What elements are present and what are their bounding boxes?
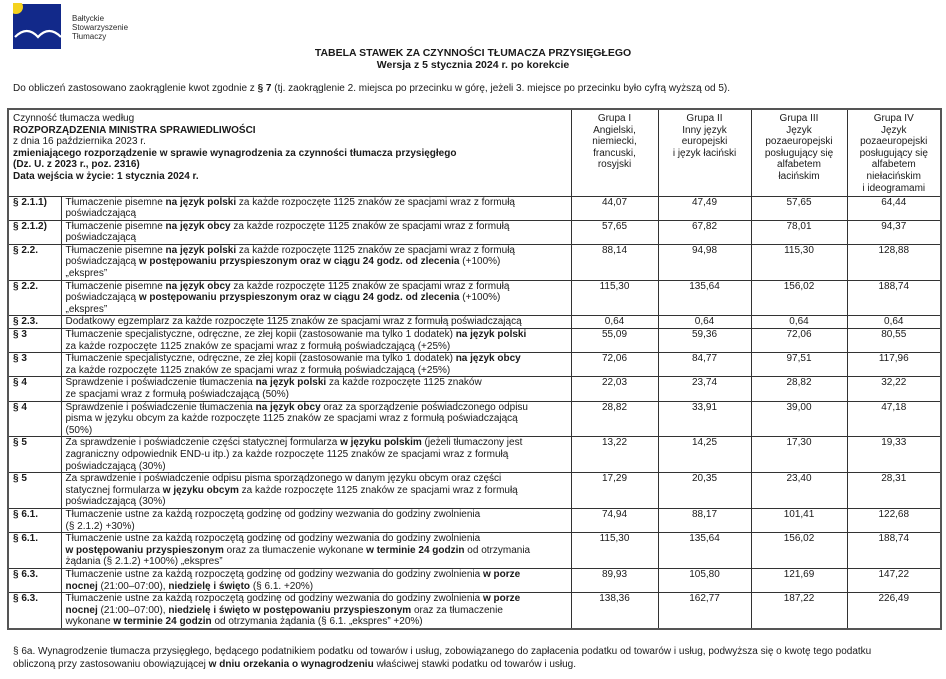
text: poświadczającą xyxy=(66,256,139,267)
rate-cell-group-2: 59,36 xyxy=(658,329,751,353)
group-line: pozaeuropejski xyxy=(850,136,939,148)
rounding-note: Do obliczeń zastosowano zaokrąglenie kwo… xyxy=(13,83,730,94)
text: za każde rozpoczęte 1125 znaków ze spacj… xyxy=(66,341,451,352)
rate-cell-group-4: 47,18 xyxy=(847,401,941,437)
rate-cell-group-2: 105,80 xyxy=(658,568,751,592)
text: ze spacjami wraz z formułą poświadczając… xyxy=(66,389,289,400)
section-cell: § 4 xyxy=(8,377,61,401)
table-row: § 2.3.Dodatkowy egzemplarz za każde rozp… xyxy=(8,316,941,329)
description-cell: Tłumaczenie ustne za każdą rozpoczętą go… xyxy=(61,508,571,532)
group-line: posługujący się xyxy=(850,148,939,160)
group-line: Grupa II xyxy=(661,113,749,125)
description-cell: Sprawdzenie i poświadczenie tłumaczenia … xyxy=(61,377,571,401)
text: poświadczającą (30%) xyxy=(66,496,166,507)
header-group-2: Grupa IIInny językeuropejskii język łaci… xyxy=(658,109,751,196)
rate-cell-group-4: 122,68 xyxy=(847,508,941,532)
rate-cell-group-3: 115,30 xyxy=(751,244,847,280)
rate-cell-group-1: 115,30 xyxy=(571,280,658,316)
text: Tłumaczenie pisemne xyxy=(66,197,166,208)
rate-cell-group-4: 80,55 xyxy=(847,329,941,353)
rate-cell-group-2: 88,17 xyxy=(658,508,751,532)
rate-cell-group-4: 28,31 xyxy=(847,473,941,509)
group-line: rosyjski xyxy=(574,159,656,171)
bold-text: niedzielę i święto w postępowaniu przysp… xyxy=(168,605,411,616)
group-line: niełacińskim xyxy=(850,171,939,183)
rate-cell-group-1: 22,03 xyxy=(571,377,658,401)
rate-cell-group-3: 17,30 xyxy=(751,437,847,473)
group-line: łacińskim xyxy=(754,171,845,183)
text: § 6a. Wynagrodzenie tłumacza przysięgłeg… xyxy=(13,646,871,657)
table-header-row: Czynność tłumacza wedługROZPORZĄDZENIA M… xyxy=(8,109,941,196)
group-line: alfabetem xyxy=(754,159,845,171)
rate-cell-group-1: 55,09 xyxy=(571,329,658,353)
rate-cell-group-2: 33,91 xyxy=(658,401,751,437)
table-row: § 4Sprawdzenie i poświadczenie tłumaczen… xyxy=(8,377,941,401)
rate-cell-group-4: 188,74 xyxy=(847,280,941,316)
text: za każde rozpoczęte 1125 znaków ze spacj… xyxy=(236,197,515,208)
rate-cell-group-1: 17,29 xyxy=(571,473,658,509)
rate-cell-group-3: 72,06 xyxy=(751,329,847,353)
rate-cell-group-2: 84,77 xyxy=(658,353,751,377)
text: za każde rozpoczęte 1125 znaków ze spacj… xyxy=(236,245,515,256)
logo-line: Stowarzyszenie xyxy=(72,23,128,32)
section-cell: § 6.3. xyxy=(8,568,61,592)
section-cell: § 2.3. xyxy=(8,316,61,329)
table-row: § 2.2.Tłumaczenie pisemne na język polsk… xyxy=(8,244,941,280)
text: właściwej stawki podatku od towarów i us… xyxy=(374,659,576,670)
rate-cell-group-4: 19,33 xyxy=(847,437,941,473)
title-line-2: Wersja z 5 stycznia 2024 r. po korekcie xyxy=(0,59,946,71)
rate-cell-group-1: 28,82 xyxy=(571,401,658,437)
rates-table: Czynność tłumacza wedługROZPORZĄDZENIA M… xyxy=(7,108,942,630)
text: żądania (§ 2.1.2) +100%) „ekspres” xyxy=(66,556,223,567)
table-row: § 3Tłumaczenie specjalistyczne, odręczne… xyxy=(8,353,941,377)
rate-cell-group-3: 57,65 xyxy=(751,196,847,220)
rate-cell-group-4: 117,96 xyxy=(847,353,941,377)
group-line: Grupa IV xyxy=(850,113,939,125)
bold-text: na język obcy xyxy=(456,353,521,364)
section-cell: § 5 xyxy=(8,437,61,473)
table-row: § 5Za sprawdzenie i poświadczenie odpisu… xyxy=(8,473,941,509)
text: Tłumaczenie specjalistyczne, odręczne, z… xyxy=(66,353,456,364)
description-cell: Tłumaczenie pisemne na język obcy za każ… xyxy=(61,280,571,316)
description-cell: Tłumaczenie ustne za każdą rozpoczętą go… xyxy=(61,593,571,629)
bold-text: nocnej xyxy=(66,581,98,592)
rate-cell-group-1: 115,30 xyxy=(571,533,658,569)
rate-cell-group-3: 121,69 xyxy=(751,568,847,592)
text: za każde rozpoczęte 1125 znaków ze spacj… xyxy=(231,281,510,292)
text: Tłumaczenie ustne za każdą rozpoczętą go… xyxy=(66,533,481,544)
table-row: § 6.1.Tłumaczenie ustne za każdą rozpocz… xyxy=(8,508,941,532)
header-line: zmieniającego rozporządzenie w sprawie w… xyxy=(13,148,567,160)
rate-cell-group-1: 13,22 xyxy=(571,437,658,473)
text: Tłumaczenie pisemne xyxy=(66,281,166,292)
group-line: Język xyxy=(850,125,939,137)
text: za każde rozpoczęte 1125 znaków ze spacj… xyxy=(239,485,518,496)
bold-text: na język polski xyxy=(166,245,237,256)
group-line: Grupa I xyxy=(574,113,656,125)
text: poświadczającą xyxy=(66,232,137,243)
rate-cell-group-1: 0,64 xyxy=(571,316,658,329)
group-line: i język łaciński xyxy=(661,148,749,160)
group-line: Grupa III xyxy=(754,113,845,125)
description-cell: Tłumaczenie specjalistyczne, odręczne, z… xyxy=(61,353,571,377)
bold-text: w porze xyxy=(483,593,520,604)
header-line: Czynność tłumacza według xyxy=(13,113,567,125)
bold-text: w języku polskim xyxy=(340,437,422,448)
section-cell: § 2.2. xyxy=(8,244,61,280)
table-row: § 6.3.Tłumaczenie ustne za każdą rozpocz… xyxy=(8,568,941,592)
rate-cell-group-3: 156,02 xyxy=(751,533,847,569)
text: Tłumaczenie specjalistyczne, odręczne, z… xyxy=(66,329,456,340)
text: wykonane xyxy=(66,616,114,627)
text: „ekspres” xyxy=(66,304,108,315)
bold-text: w terminie 24 godzin xyxy=(366,545,464,556)
section-cell: § 2.1.2) xyxy=(8,220,61,244)
table-row: § 5Za sprawdzenie i poświadczenie części… xyxy=(8,437,941,473)
rate-cell-group-3: 23,40 xyxy=(751,473,847,509)
rate-cell-group-1: 138,36 xyxy=(571,593,658,629)
description-cell: Za sprawdzenie i poświadczenie odpisu pi… xyxy=(61,473,571,509)
text: „ekspres” xyxy=(66,268,108,279)
table-row: § 6.1.Tłumaczenie ustne za każdą rozpocz… xyxy=(8,533,941,569)
text: poświadczającą xyxy=(66,292,139,303)
rate-cell-group-2: 0,64 xyxy=(658,316,751,329)
bold-text: w dniu orzekania o wynagrodzeniu xyxy=(209,659,374,670)
table-row: § 6.3.Tłumaczenie ustne za każdą rozpocz… xyxy=(8,593,941,629)
bold-text: w postępowaniu przyspieszonym oraz w cią… xyxy=(139,292,460,303)
bold-text: w postępowaniu przyspieszonym oraz w cią… xyxy=(139,256,460,267)
description-cell: Dodatkowy egzemplarz za każde rozpoczęte… xyxy=(61,316,571,329)
group-line: Inny język xyxy=(661,125,749,137)
section-cell: § 6.1. xyxy=(8,533,61,569)
text: (+100%) xyxy=(460,256,501,267)
description-cell: Tłumaczenie ustne za każdą rozpoczętą go… xyxy=(61,533,571,569)
text: Za sprawdzenie i poświadczenie odpisu pi… xyxy=(66,473,502,484)
title-line-1: TABELA STAWEK ZA CZYNNOŚCI TŁUMACZA PRZY… xyxy=(0,47,946,59)
description-cell: Tłumaczenie pisemne na język polski za k… xyxy=(61,196,571,220)
description-cell: Tłumaczenie pisemne na język polski za k… xyxy=(61,244,571,280)
rate-cell-group-2: 94,98 xyxy=(658,244,751,280)
rate-cell-group-3: 156,02 xyxy=(751,280,847,316)
text: zagraniczny odpowiednik END-u itp.) za k… xyxy=(66,449,509,460)
text: (§ 6.1. +20%) xyxy=(250,581,313,592)
text: Tłumaczenie ustne za każdą rozpoczętą go… xyxy=(66,569,483,580)
section-cell: § 2.1.1) xyxy=(8,196,61,220)
group-line: Angielski, xyxy=(574,125,656,137)
bold-text: nocnej xyxy=(66,605,98,616)
text: (jeżeli tłumaczony jest xyxy=(422,437,523,448)
group-line: francuski, xyxy=(574,148,656,160)
bold-text: na język obcy xyxy=(166,221,231,232)
text: pisma w języku obcym za każde rozpoczęte… xyxy=(66,413,518,424)
header-line: Data wejścia w życie: 1 stycznia 2024 r. xyxy=(13,171,567,183)
bold-text: na język polski xyxy=(456,329,527,340)
description-cell: Tłumaczenie specjalistyczne, odręczne, z… xyxy=(61,329,571,353)
text: (21:00–07:00), xyxy=(98,581,169,592)
rate-cell-group-4: 64,44 xyxy=(847,196,941,220)
text: Tłumaczenie ustne za każdą rozpoczętą go… xyxy=(66,509,481,520)
rate-cell-group-3: 0,64 xyxy=(751,316,847,329)
bold-text: na język polski xyxy=(256,377,327,388)
bold-text: w terminie 24 godzin xyxy=(113,616,211,627)
text: (§ 2.1.2) +30%) xyxy=(66,521,135,532)
header-group-1: Grupa IAngielski,niemiecki,francuski,ros… xyxy=(571,109,658,196)
rate-cell-group-2: 14,25 xyxy=(658,437,751,473)
section-cell: § 3 xyxy=(8,353,61,377)
group-line: alfabetem xyxy=(850,159,939,171)
group-line: i ideogramami xyxy=(850,183,939,195)
header-line: (Dz. U. z 2023 r., poz. 2316) xyxy=(13,159,567,171)
text: poświadczającą (30%) xyxy=(66,461,166,472)
text: za każde rozpoczęte 1125 znaków ze spacj… xyxy=(66,365,451,376)
rate-cell-group-2: 23,74 xyxy=(658,377,751,401)
rate-cell-group-3: 187,22 xyxy=(751,593,847,629)
section-cell: § 6.1. xyxy=(8,508,61,532)
text: Tłumaczenie pisemne xyxy=(66,221,166,232)
text: Tłumaczenie ustne za każdą rozpoczętą go… xyxy=(66,593,483,604)
text: Sprawdzenie i poświadczenie tłumaczenia xyxy=(66,402,256,413)
description-cell: Tłumaczenie ustne za każdą rozpoczętą go… xyxy=(61,568,571,592)
rate-cell-group-4: 94,37 xyxy=(847,220,941,244)
text: oraz za tłumaczenie wykonane xyxy=(224,545,366,556)
rate-cell-group-4: 32,22 xyxy=(847,377,941,401)
table-row: § 2.1.1)Tłumaczenie pisemne na język pol… xyxy=(8,196,941,220)
rate-cell-group-3: 39,00 xyxy=(751,401,847,437)
text: (21:00–07:00), xyxy=(98,605,169,616)
rate-cell-group-3: 78,01 xyxy=(751,220,847,244)
header-line: z dnia 16 października 2023 r. xyxy=(13,136,567,148)
header-group-3: Grupa IIIJęzykpozaeuropejskiposługujący … xyxy=(751,109,847,196)
text: Dodatkowy egzemplarz za każde rozpoczęte… xyxy=(66,316,522,327)
bold-text: na język obcy xyxy=(256,402,321,413)
group-line: posługujący się xyxy=(754,148,845,160)
rate-cell-group-1: 72,06 xyxy=(571,353,658,377)
group-line: niemiecki, xyxy=(574,136,656,148)
text: od otrzymania xyxy=(465,545,531,556)
rate-cell-group-2: 47,49 xyxy=(658,196,751,220)
section-cell: § 3 xyxy=(8,329,61,353)
description-cell: Za sprawdzenie i poświadczenie części st… xyxy=(61,437,571,473)
group-line: pozaeuropejski xyxy=(754,136,845,148)
text: poświadczającą xyxy=(66,208,137,219)
header-regulation: Czynność tłumacza wedługROZPORZĄDZENIA M… xyxy=(8,109,571,196)
rate-cell-group-2: 135,64 xyxy=(658,280,751,316)
rate-cell-group-4: 147,22 xyxy=(847,568,941,592)
text: za każde rozpoczęte 1125 znaków xyxy=(326,377,481,388)
rate-cell-group-1: 57,65 xyxy=(571,220,658,244)
note-text: (tj. zaokrąglenie 2. miejsca po przecink… xyxy=(272,83,731,94)
text: Tłumaczenie pisemne xyxy=(66,245,166,256)
rate-cell-group-4: 226,49 xyxy=(847,593,941,629)
bold-text: niedzielę i święto xyxy=(168,581,250,592)
rate-cell-group-1: 88,14 xyxy=(571,244,658,280)
rate-cell-group-2: 135,64 xyxy=(658,533,751,569)
group-line: Język xyxy=(754,125,845,137)
section-cell: § 5 xyxy=(8,473,61,509)
section-cell: § 4 xyxy=(8,401,61,437)
text: Sprawdzenie i poświadczenie tłumaczenia xyxy=(66,377,256,388)
group-line: europejski xyxy=(661,136,749,148)
logo-line: Tłumaczy xyxy=(72,32,128,41)
section-cell: § 6.3. xyxy=(8,593,61,629)
rate-cell-group-1: 89,93 xyxy=(571,568,658,592)
text: za każde rozpoczęte 1125 znaków ze spacj… xyxy=(231,221,510,232)
rate-cell-group-3: 28,82 xyxy=(751,377,847,401)
logo-line: Bałtyckie xyxy=(72,14,128,23)
text: statycznej formularza xyxy=(66,485,163,496)
note-text: Do obliczeń zastosowano zaokrąglenie kwo… xyxy=(13,83,258,94)
note-bold: § 7 xyxy=(258,83,272,94)
table-row: § 3Tłumaczenie specjalistyczne, odręczne… xyxy=(8,329,941,353)
bold-text: na język polski xyxy=(166,197,237,208)
description-cell: Sprawdzenie i poświadczenie tłumaczenia … xyxy=(61,401,571,437)
header-group-4: Grupa IVJęzykpozaeuropejskiposługujący s… xyxy=(847,109,941,196)
page-title: TABELA STAWEK ZA CZYNNOŚCI TŁUMACZA PRZY… xyxy=(0,47,946,71)
rate-cell-group-3: 97,51 xyxy=(751,353,847,377)
rate-cell-group-4: 188,74 xyxy=(847,533,941,569)
rate-cell-group-1: 44,07 xyxy=(571,196,658,220)
rate-cell-group-4: 0,64 xyxy=(847,316,941,329)
bold-text: w postępowaniu przyspieszonym xyxy=(66,545,224,556)
description-cell: Tłumaczenie pisemne na język obcy za każ… xyxy=(61,220,571,244)
text: obliczoną przy zastosowaniu obowiązujące… xyxy=(13,659,209,670)
header-line: ROZPORZĄDZENIA MINISTRA SPRAWIEDLIWOŚCI xyxy=(13,125,567,137)
bold-text: na język obcy xyxy=(166,281,231,292)
table-row: § 2.1.2)Tłumaczenie pisemne na język obc… xyxy=(8,220,941,244)
rate-cell-group-1: 74,94 xyxy=(571,508,658,532)
bold-text: w porze xyxy=(483,569,520,580)
logo-icon xyxy=(13,3,63,49)
text: od otrzymania żądania (§ 6.1. „ekspres” … xyxy=(212,616,423,627)
bold-text: w języku obcym xyxy=(163,485,239,496)
table-row: § 4Sprawdzenie i poświadczenie tłumaczen… xyxy=(8,401,941,437)
rate-cell-group-3: 101,41 xyxy=(751,508,847,532)
rate-cell-group-2: 67,82 xyxy=(658,220,751,244)
text: oraz za sporządzenie poświadczonego odpi… xyxy=(321,402,528,413)
rate-cell-group-2: 162,77 xyxy=(658,593,751,629)
rate-cell-group-4: 128,88 xyxy=(847,244,941,280)
text: (50%) xyxy=(66,425,93,436)
rate-cell-group-2: 20,35 xyxy=(658,473,751,509)
table-row: § 2.2.Tłumaczenie pisemne na język obcy … xyxy=(8,280,941,316)
text: (+100%) xyxy=(460,292,501,303)
section-cell: § 2.2. xyxy=(8,280,61,316)
vat-footnote: § 6a. Wynagrodzenie tłumacza przysięgłeg… xyxy=(13,645,938,671)
text: oraz za tłumaczenie xyxy=(411,605,503,616)
logo-text: Bałtyckie Stowarzyszenie Tłumaczy xyxy=(72,14,128,41)
text: Za sprawdzenie i poświadczenie części st… xyxy=(66,437,341,448)
